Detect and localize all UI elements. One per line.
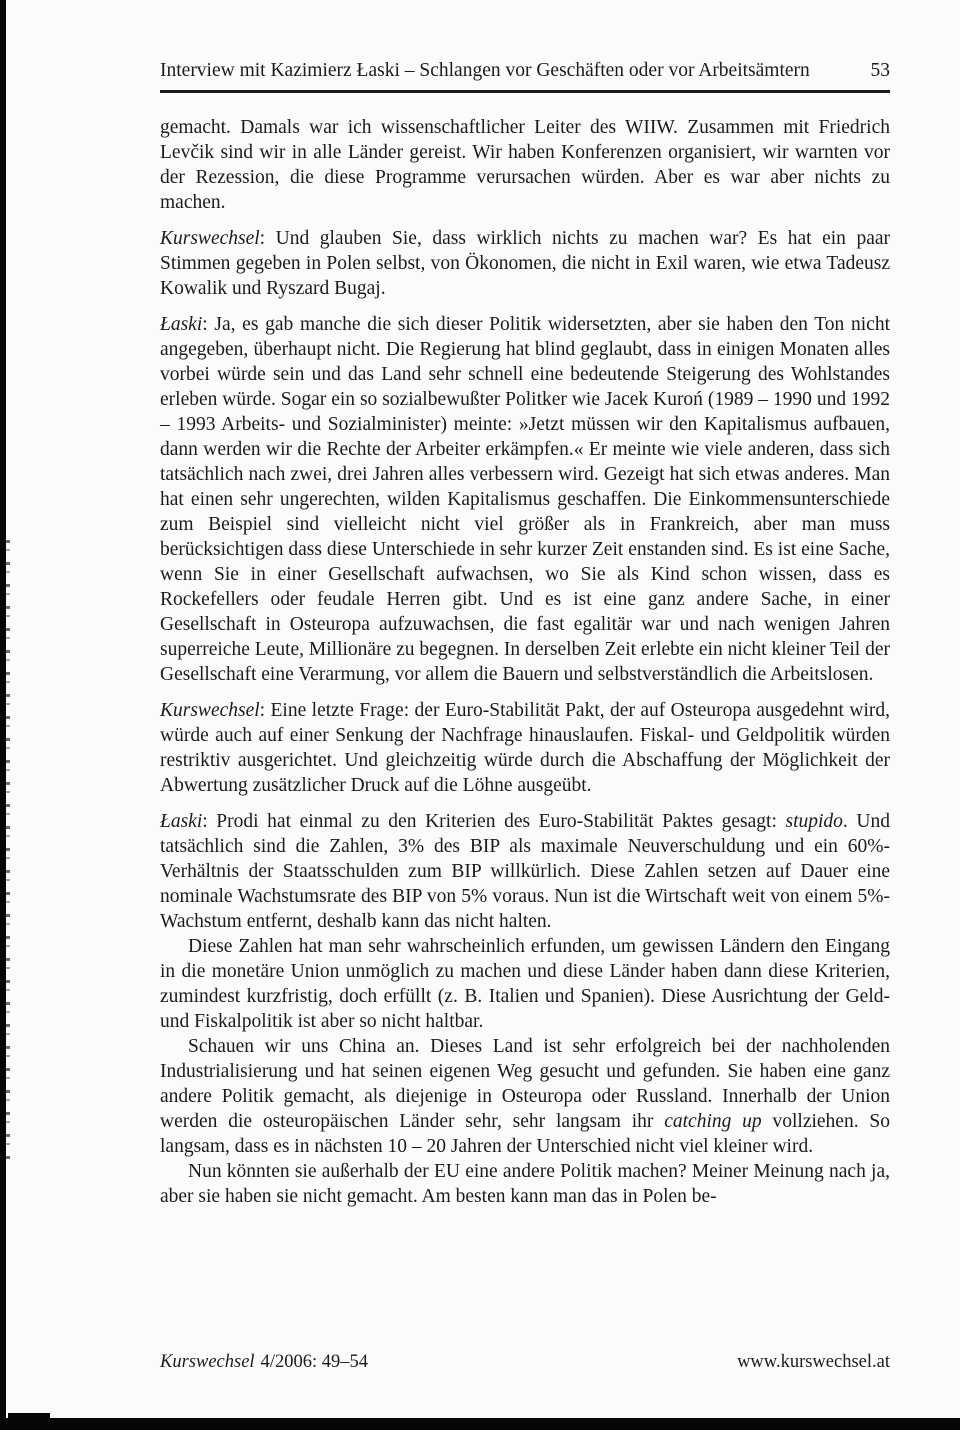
paragraph-indent: Nun könnten sie außerhalb der EU eine an… [160, 1159, 890, 1209]
speaker-label-kurswechsel: Kurswechsel [160, 228, 260, 249]
footer-website: www.kurswechsel.at [737, 1350, 890, 1374]
emphasis-stupido: stupido [785, 811, 842, 832]
page-number: 53 [871, 58, 891, 83]
paragraph-text: Diese Zahlen hat man sehr wahrscheinlich… [160, 936, 890, 1032]
paragraph-text: : Eine letzte Frage: der Euro-Stabilität… [160, 700, 890, 796]
paragraph-text: : Prodi hat einmal zu den Kriterien des … [202, 811, 785, 832]
article-body: gemacht. Damals war ich wissenschaftlich… [160, 115, 890, 1209]
footer-citation: Kurswechsel4/2006: 49–54 [160, 1350, 368, 1374]
page-text-column: Interview mit Kazimierz Łaski – Schlange… [160, 58, 890, 1209]
paragraph-text: Nun könnten sie außerhalb der EU eine an… [160, 1161, 890, 1207]
paragraph-text: : Und glauben Sie, dass wirklich nichts … [160, 228, 890, 299]
speaker-label-laski: Łaski [160, 314, 202, 335]
running-head-title: Interview mit Kazimierz Łaski – Schlange… [160, 58, 810, 83]
speaker-label-kurswechsel: Kurswechsel [160, 700, 260, 721]
paragraph-question: Kurswechsel: Und glauben Sie, dass wirkl… [160, 226, 890, 301]
paragraph-question: Kurswechsel: Eine letzte Frage: der Euro… [160, 698, 890, 798]
paragraph-text: gemacht. Damals war ich wissenschaftlich… [160, 117, 890, 213]
paragraph-continuation: gemacht. Damals war ich wissenschaftlich… [160, 115, 890, 215]
footer-journal-name: Kurswechsel [160, 1352, 255, 1372]
emphasis-catching-up: catching up [664, 1111, 761, 1132]
page-footer: Kurswechsel4/2006: 49–54 www.kurswechsel… [160, 1350, 890, 1374]
paragraph-indent: Diese Zahlen hat man sehr wahrscheinlich… [160, 934, 890, 1034]
footer-issue: 4/2006: 49–54 [261, 1352, 368, 1372]
running-head: Interview mit Kazimierz Łaski – Schlange… [160, 58, 890, 93]
paragraph-answer: Łaski: Ja, es gab manche die sich dieser… [160, 312, 890, 687]
paragraph-answer: Łaski: Prodi hat einmal zu den Kriterien… [160, 809, 890, 934]
scan-noise [6, 540, 10, 1160]
speaker-label-laski: Łaski [160, 811, 202, 832]
paragraph-indent: Schauen wir uns China an. Dieses Land is… [160, 1034, 890, 1159]
paragraph-text: : Ja, es gab manche die sich dieser Poli… [160, 314, 890, 685]
scan-edge-bottom [0, 1418, 960, 1430]
